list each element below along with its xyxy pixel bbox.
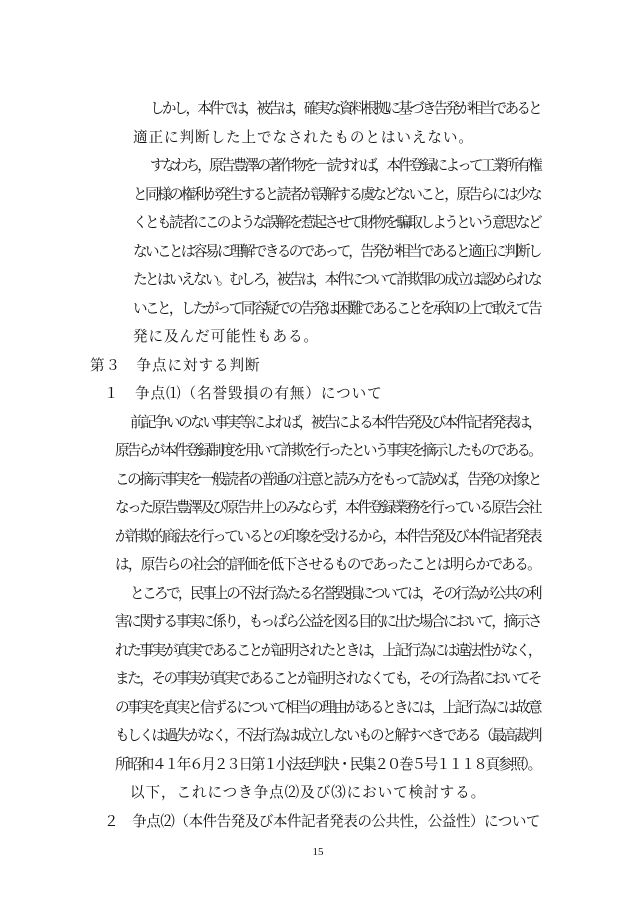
text-line: いこと，したがって同容疑での告発は困難であることを承知の上で敢えて告 (133, 300, 540, 318)
text-line: の事実を真実と信ずるについて相当の理由があるときには，上記行為には故意 (115, 699, 540, 717)
text-line: もしくは過失がなく，不法行為は成立しないものと解すべきである（最高裁判 (115, 727, 540, 745)
text-line: しかし，本件では，被告は，確実な資料根拠に基づき告発が相当であると (150, 100, 540, 118)
text-line: すなわち，原告豊澤の著作物を一読すれば，本件登録によって工業所有権 (150, 157, 540, 175)
text-line: くとも読者にこのような誤解を惹起させて財物を騙取しようという意思など (133, 214, 540, 232)
text-line: ２ 争点⑵（本件告発及び本件記者発表の公共性，公益性）について (104, 813, 540, 831)
text-line: が詐欺的商法を行っているとの印象を受けるから，本件告発及び本件記者発表 (115, 528, 540, 546)
text-line: れた事実が真実であることが証明されたときは，上記行為には違法性がなく， (115, 642, 540, 660)
text-line: は，原告らの社会的評価を低下させるものであったことは明らかである。 (115, 556, 540, 574)
document-page: しかし，本件では，被告は，確実な資料根拠に基づき告発が相当であると適正に判断した… (0, 0, 636, 900)
text-line: と同様の権利が発生すると読者が誤解する虞などないこと，原告らには少な (133, 186, 540, 204)
text-line: 所昭和４１年６月２３日第１小法廷判決・民集２０巻５号１１１８頁参照）。 (115, 756, 540, 774)
text-line: 前記争いのない事実等によれば，被告による本件告発及び本件記者発表は， (130, 414, 540, 432)
page-number: 15 (0, 846, 636, 858)
text-line: 害に関する事実に係り，もっぱら公益を図る目的に出た場合において，摘示さ (115, 613, 540, 631)
text-line: ところで，民事上の不法行為たる名誉毀損については，その行為が公共の利 (130, 585, 540, 603)
text-line: １ 争点⑴（名誉毀損の有無）について (104, 385, 383, 403)
text-line: 発に及んだ可能性もある。 (133, 328, 319, 346)
text-line: この摘示事実を一般読者の普通の注意と読み方をもって読めば，告発の対象と (115, 471, 540, 489)
text-line: たとはいえない。むしろ，被告は，本件について詐欺罪の成立は認められな (133, 271, 540, 289)
text-line: なった原告豊澤及び原告井上のみならず，本件登録業務を行っている原告会社 (115, 499, 540, 517)
text-line: ないことは容易に理解できるのであって，告発が相当であると適正に判断し (133, 243, 540, 261)
text-line: 適正に判断した上でなされたものとはいえない。 (133, 129, 474, 147)
text-line: 第３ 争点に対する判断 (90, 357, 260, 375)
text-line: 原告らが本件登録制度を用いて詐欺を行ったという事実を摘示したものである。 (115, 442, 540, 460)
text-line: 以下，これにつき争点⑵及び⑶において検討する。 (130, 784, 486, 802)
text-line: また，その事実が真実であることが証明されなくても，その行為者においてそ (115, 670, 540, 688)
